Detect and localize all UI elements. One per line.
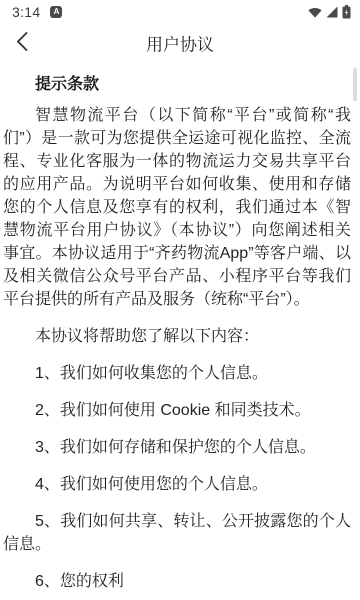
wifi-icon <box>304 7 322 18</box>
list-item: 4、我们如何使用您的个人信息。 <box>3 473 351 496</box>
agreement-body: 提示条款 智慧物流平台（以下简称“平台”或简称“我们”）是一款可为您提供全运途可… <box>0 64 360 593</box>
list-item: 3、我们如何存储和保护您的个人信息。 <box>3 436 351 459</box>
status-bar-left: 3:14 A <box>12 4 62 20</box>
battery-charging-icon <box>338 5 351 19</box>
list-item: 5、我们如何共享、转让、公开披露您的个人信息。 <box>3 510 351 556</box>
agreement-paragraph: 智慧物流平台（以下简称“平台”或简称“我们”）是一款可为您提供全运途可视化监控、… <box>3 104 351 311</box>
app-notification-icon: A <box>50 6 62 18</box>
cellular-signal-icon <box>322 6 338 18</box>
list-item: 6、您的权利 <box>3 570 351 593</box>
list-item: 2、我们如何使用 Cookie 和同类技术。 <box>3 399 351 422</box>
clock-text: 3:14 <box>12 4 40 20</box>
page-title: 用户协议 <box>0 31 360 56</box>
app-screen: 3:14 A <box>0 0 360 600</box>
nav-bar: 用户协议 <box>0 22 360 64</box>
status-bar: 3:14 A <box>0 0 360 22</box>
status-bar-right <box>304 5 351 19</box>
section-heading: 提示条款 <box>3 73 351 96</box>
agreement-paragraph: 本协议将帮助您了解以下内容： <box>3 325 351 348</box>
list-item: 1、我们如何收集您的个人信息。 <box>3 362 351 385</box>
scrollbar-thumb[interactable] <box>353 68 357 101</box>
